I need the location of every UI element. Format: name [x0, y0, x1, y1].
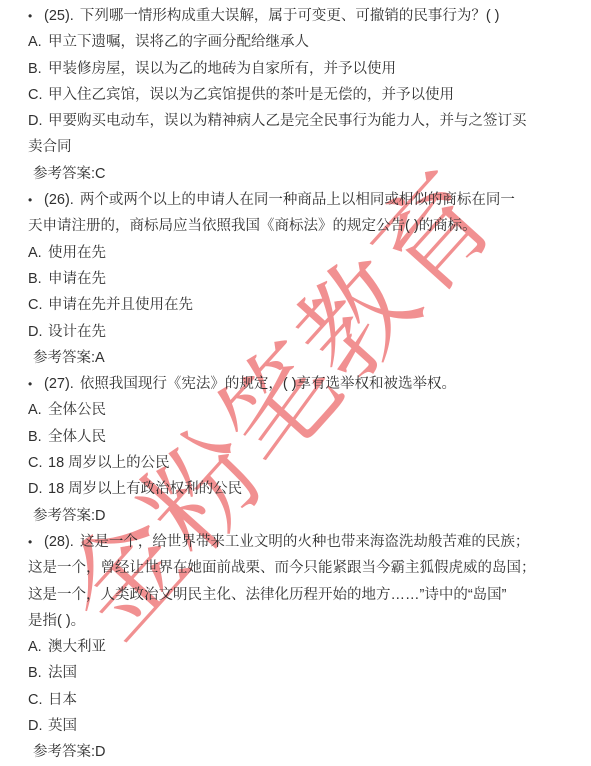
- option-label: B.: [28, 424, 48, 450]
- option-text: 18 周岁以上有政治权利的公民: [48, 481, 242, 497]
- answer-text: 参考答案:D: [33, 508, 106, 524]
- question-27-line: •(27).依照我国现行《宪法》的规定，( )享有选举权和被选举权。: [28, 371, 541, 397]
- option-label: B.: [28, 266, 48, 292]
- question-26-number: (26).: [44, 192, 74, 208]
- option-text: 全体公民: [48, 402, 106, 418]
- question-26-text: 两个或两个以上的申请人在同一种商品上以相同或相似的商标在同一: [80, 192, 515, 208]
- option-label: D.: [28, 108, 48, 134]
- option-label: D.: [28, 476, 48, 502]
- question-25-option-d: D.甲要购买电动车，误以为精神病人乙是完全民事行为能力人，并与之签订买: [28, 108, 541, 134]
- question-26-line: •(26).两个或两个以上的申请人在同一种商品上以相同或相似的商标在同一: [28, 187, 541, 213]
- question-28-text: 是指( )。: [28, 613, 85, 629]
- question-26-option-c: C.申请在先并且使用在先: [28, 292, 541, 318]
- question-25-option-c: C.甲入住乙宾馆，误以为乙宾馆提供的茶叶是无偿的，并予以使用: [28, 82, 541, 108]
- option-label: C.: [28, 687, 48, 713]
- question-26-answer: 参考答案:A: [28, 345, 541, 371]
- question-27-option-c: C.18 周岁以上的公民: [28, 450, 541, 476]
- question-25-option-a: A.甲立下遗嘱，误将乙的字画分配给继承人: [28, 29, 541, 55]
- option-text: 甲入住乙宾馆，误以为乙宾馆提供的茶叶是无偿的，并予以使用: [48, 87, 454, 103]
- option-label: D.: [28, 319, 48, 345]
- question-25-number: (25).: [44, 8, 74, 24]
- option-label: A.: [28, 240, 48, 266]
- question-28-number: (28).: [44, 534, 74, 550]
- question-27-number: (27).: [44, 376, 74, 392]
- document-content: •(25).下列哪一情形构成重大误解，属于可变更、可撤销的民事行为？( ) A.…: [0, 0, 591, 766]
- question-26-option-a: A.使用在先: [28, 240, 541, 266]
- question-27-option-a: A.全体公民: [28, 397, 541, 423]
- answer-text: 参考答案:C: [33, 166, 106, 182]
- option-text: 设计在先: [48, 324, 106, 340]
- option-label: A.: [28, 634, 48, 660]
- question-26-option-d: D.设计在先: [28, 319, 541, 345]
- option-text: 18 周岁以上的公民: [48, 455, 170, 471]
- bullet-icon: •: [28, 529, 44, 555]
- bullet-icon: •: [28, 187, 44, 213]
- question-26-option-b: B.申请在先: [28, 266, 541, 292]
- question-25-answer: 参考答案:C: [28, 161, 541, 187]
- option-text: 全体人民: [48, 429, 106, 445]
- bullet-icon: •: [28, 371, 44, 397]
- option-text: 使用在先: [48, 245, 106, 261]
- option-label: D.: [28, 713, 48, 739]
- option-label: C.: [28, 292, 48, 318]
- option-label: C.: [28, 82, 48, 108]
- question-28-text: 这是一个，给世界带来工业文明的火种也带来海盗洗劫般苦难的民族；: [80, 534, 530, 550]
- question-25-option-b: B.甲装修房屋，误以为乙的地砖为自家所有，并予以使用: [28, 56, 541, 82]
- question-28-line: •(28).这是一个，给世界带来工业文明的火种也带来海盗洗劫般苦难的民族；: [28, 529, 541, 555]
- question-27-option-b: B.全体人民: [28, 424, 541, 450]
- question-28-answer: 参考答案:D: [28, 739, 541, 765]
- answer-text: 参考答案:D: [33, 744, 106, 760]
- question-28-text-continuation: 这是一个，人类政治文明民主化、法律化历程开始的地方……”诗中的“岛国”: [28, 582, 541, 608]
- option-text: 卖合同: [28, 139, 72, 155]
- option-label: C.: [28, 450, 48, 476]
- option-text: 澳大利亚: [48, 639, 106, 655]
- option-label: B.: [28, 660, 48, 686]
- option-label: A.: [28, 29, 48, 55]
- question-28-text-continuation: 是指( )。: [28, 608, 541, 634]
- question-27-text: 依照我国现行《宪法》的规定，( )享有选举权和被选举权。: [80, 376, 456, 392]
- option-label: B.: [28, 56, 48, 82]
- bullet-icon: •: [28, 3, 44, 29]
- question-28-text: 这是一个，曾经让世界在她面前战栗、而今只能紧跟当今霸主狐假虎威的岛国；: [28, 560, 536, 576]
- question-26-text: 天申请注册的，商标局应当依照我国《商标法》的规定公告( )的商标。: [28, 218, 477, 234]
- question-27-answer: 参考答案:D: [28, 503, 541, 529]
- question-25-option-d-continuation: 卖合同: [28, 134, 541, 160]
- question-25-line: •(25).下列哪一情形构成重大误解，属于可变更、可撤销的民事行为？( ): [28, 3, 541, 29]
- question-27-option-d: D.18 周岁以上有政治权利的公民: [28, 476, 541, 502]
- question-26-text-continuation: 天申请注册的，商标局应当依照我国《商标法》的规定公告( )的商标。: [28, 213, 541, 239]
- question-28-text: 这是一个，人类政治文明民主化、法律化历程开始的地方……”诗中的“岛国”: [28, 587, 506, 603]
- question-28-option-c: C.日本: [28, 687, 541, 713]
- option-text: 法国: [48, 665, 77, 681]
- question-28-option-d: D.英国: [28, 713, 541, 739]
- option-text: 英国: [48, 718, 77, 734]
- option-text: 甲装修房屋，误以为乙的地砖为自家所有，并予以使用: [48, 61, 396, 77]
- question-28-option-b: B.法国: [28, 660, 541, 686]
- option-label: A.: [28, 397, 48, 423]
- option-text: 申请在先并且使用在先: [48, 297, 193, 313]
- question-25-text: 下列哪一情形构成重大误解，属于可变更、可撤销的民事行为？( ): [80, 8, 500, 24]
- question-28-text-continuation: 这是一个，曾经让世界在她面前战栗、而今只能紧跟当今霸主狐假虎威的岛国；: [28, 555, 541, 581]
- answer-text: 参考答案:A: [33, 350, 105, 366]
- option-text: 申请在先: [48, 271, 106, 287]
- option-text: 甲立下遗嘱，误将乙的字画分配给继承人: [48, 34, 309, 50]
- option-text: 日本: [48, 692, 77, 708]
- question-28-option-a: A.澳大利亚: [28, 634, 541, 660]
- option-text: 甲要购买电动车，误以为精神病人乙是完全民事行为能力人，并与之签订买: [48, 113, 527, 129]
- document-page: 金粉笔教育 •(25).下列哪一情形构成重大误解，属于可变更、可撤销的民事行为？…: [0, 0, 591, 766]
